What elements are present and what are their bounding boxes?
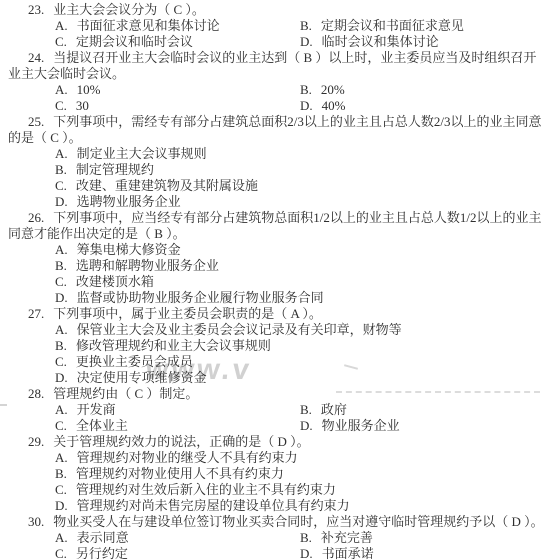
option-text: 10% [77, 82, 101, 97]
option-label: B. [300, 82, 312, 97]
option-d: D.决定使用专项维修资金 [55, 370, 207, 386]
options-row: B.制定管理规约 [8, 162, 544, 178]
question-text: 下列事项中，应当经专有部分占建筑物总面积1/2以上的业主且占总人数1/2以上的业… [8, 210, 541, 241]
option-c: C.管理规约对生效后新入住的业主不具有约束力 [55, 482, 336, 498]
option-d: D.物业服务企业 [300, 418, 400, 434]
option-d: D.选聘物业服务企业 [55, 194, 181, 210]
option-label: D. [55, 370, 68, 385]
options-row: A.书面征求意见和集体讨论 B.定期会议和书面征求意见 [8, 18, 544, 34]
question-29: 29.关于管理规约效力的说法，正确的是（ D ）。 A.管理规约对物业的继受人不… [8, 434, 544, 514]
option-text: 更换业主委员会成员 [76, 354, 193, 369]
option-d: D.40% [300, 98, 345, 114]
question-27: 27.下列事项中，属于业主委员会职责的是（ A ）。 A.保管业主大会及业主委员… [8, 306, 544, 386]
question-stem: 27.下列事项中，属于业主委员会职责的是（ A ）。 [8, 306, 544, 322]
option-label: B. [300, 18, 312, 33]
option-label: D. [300, 418, 313, 433]
option-text: 监督或协助物业服务企业履行物业服务合同 [77, 290, 324, 305]
option-label: D. [300, 546, 313, 560]
options-row: A.管理规约对物业的继受人不具有约束力 [8, 450, 544, 466]
option-label: D. [55, 194, 68, 209]
option-label: A. [55, 146, 68, 161]
option-text: 选聘和解聘物业服务企业 [76, 258, 219, 273]
question-23: 23.业主大会会议分为（ C ）。 A.书面征求意见和集体讨论 B.定期会议和书… [8, 2, 544, 50]
option-d: D.管理规约对尚未售完房屋的建设单位具有约束力 [55, 498, 350, 514]
options-row: B.选聘和解聘物业服务企业 [8, 258, 544, 274]
options-row: D.选聘物业服务企业 [8, 194, 544, 210]
option-text: 40% [322, 98, 346, 113]
option-label: C. [55, 354, 67, 369]
option-label: A. [55, 402, 68, 417]
option-text: 改建楼顶水箱 [76, 274, 154, 289]
question-28: 28.管理规约由（ C ）制定。 A.开发商 B.政府 C.全体业主 D.物业服… [8, 386, 544, 434]
option-label: B. [55, 258, 67, 273]
options-row: C.全体业主 D.物业服务企业 [8, 418, 544, 434]
option-c: C.定期会议和临时会议 [55, 34, 300, 50]
question-text: 下列事项中，需经专有部分占建筑总面积2/3以上的业主且占总人数2/3以上的业主同… [8, 114, 541, 145]
option-d: D.临时会议和集体讨论 [300, 34, 439, 50]
option-label: B. [300, 530, 312, 545]
options-row: A.10% B.20% [8, 82, 544, 98]
question-number: 24. [28, 50, 44, 65]
option-c: C.30 [55, 98, 300, 114]
option-text: 决定使用专项维修资金 [77, 370, 207, 385]
question-stem: 25.下列事项中，需经专有部分占建筑总面积2/3以上的业主且占总人数2/3以上的… [8, 114, 544, 146]
option-text: 修改管理规约和业主大会议事规则 [76, 338, 271, 353]
option-text: 选聘物业服务企业 [77, 194, 181, 209]
option-text: 改建、重建建筑物及其附属设施 [76, 178, 258, 193]
option-a: A.筹集电梯大修资金 [55, 242, 181, 258]
option-c: C.全体业主 [55, 418, 300, 434]
option-label: A. [55, 530, 68, 545]
option-label: B. [55, 162, 67, 177]
option-label: B. [55, 466, 67, 481]
option-label: A. [55, 242, 68, 257]
question-stem: 29.关于管理规约效力的说法，正确的是（ D ）。 [8, 434, 544, 450]
option-b: B.管理规约对物业使用人不具有约束力 [55, 466, 284, 482]
option-a: A.书面征求意见和集体讨论 [55, 18, 300, 34]
question-text: 管理规约由（ C ）制定。 [53, 386, 198, 401]
question-number: 23. [28, 2, 44, 17]
question-number: 27. [28, 306, 44, 321]
option-c: C.改建楼顶水箱 [55, 274, 154, 290]
options-row: C.改建、重建建筑物及其附属设施 [8, 178, 544, 194]
question-stem: 26.下列事项中，应当经专有部分占建筑物总面积1/2以上的业主且占总人数1/2以… [8, 210, 544, 242]
options-row: A.保管业主大会及业主委员会会议记录及有关印章，财物等 [8, 322, 544, 338]
option-c: C.改建、重建建筑物及其附属设施 [55, 178, 258, 194]
option-b: B.20% [300, 82, 345, 98]
question-text: 当提议召开业主大会临时会议的业主达到（ B ）以上时，业主委员应当及时组织召开业… [8, 50, 536, 81]
question-number: 26. [28, 210, 44, 225]
option-text: 开发商 [77, 402, 116, 417]
option-text: 表示同意 [77, 530, 129, 545]
option-label: C. [55, 98, 67, 113]
options-row: A.制定业主大会议事规则 [8, 146, 544, 162]
question-number: 25. [28, 114, 44, 129]
question-26: 26.下列事项中，应当经专有部分占建筑物总面积1/2以上的业主且占总人数1/2以… [8, 210, 544, 306]
question-25: 25.下列事项中，需经专有部分占建筑总面积2/3以上的业主且占总人数2/3以上的… [8, 114, 544, 210]
question-stem: 24.当提议召开业主大会临时会议的业主达到（ B ）以上时，业主委员应当及时组织… [8, 50, 544, 82]
option-text: 管理规约对物业使用人不具有约束力 [76, 466, 284, 481]
option-a: A.开发商 [55, 402, 300, 418]
option-text: 全体业主 [76, 418, 128, 433]
options-row: C.另行约定 D.书面承诺 [8, 546, 544, 560]
option-label: C. [55, 482, 67, 497]
option-label: B. [55, 338, 67, 353]
option-label: D. [300, 34, 313, 49]
option-d: D.书面承诺 [300, 546, 374, 560]
option-label: C. [55, 34, 67, 49]
option-text: 管理规约对物业的继受人不具有约束力 [77, 450, 298, 465]
question-stem: 30.物业买受人在与建设单位签订物业买卖合同时，应当对遵守临时管理规约予以（ D… [8, 514, 544, 530]
question-text: 业主大会会议分为（ C ）。 [53, 2, 205, 17]
option-b: B.定期会议和书面征求意见 [300, 18, 464, 34]
option-label: A. [55, 322, 68, 337]
option-a: A.制定业主大会议事规则 [55, 146, 207, 162]
option-label: C. [55, 418, 67, 433]
option-label: B. [300, 402, 312, 417]
option-label: A. [55, 82, 68, 97]
question-stem: 28.管理规约由（ C ）制定。 [8, 386, 544, 402]
options-row: C.定期会议和临时会议 D.临时会议和集体讨论 [8, 34, 544, 50]
options-row: D.管理规约对尚未售完房屋的建设单位具有约束力 [8, 498, 544, 514]
option-a: A.管理规约对物业的继受人不具有约束力 [55, 450, 298, 466]
option-text: 定期会议和书面征求意见 [321, 18, 464, 33]
option-text: 书面征求意见和集体讨论 [77, 18, 220, 33]
option-text: 保管业主大会及业主委员会会议记录及有关印章，财物等 [77, 322, 402, 337]
options-row: A.开发商 B.政府 [8, 402, 544, 418]
exam-page: 23.业主大会会议分为（ C ）。 A.书面征求意见和集体讨论 B.定期会议和书… [0, 0, 550, 560]
options-row: C.改建楼顶水箱 [8, 274, 544, 290]
option-text: 政府 [321, 402, 347, 417]
options-row: D.决定使用专项维修资金 [8, 370, 544, 386]
option-b: B.政府 [300, 402, 347, 418]
option-text: 管理规约对尚未售完房屋的建设单位具有约束力 [77, 498, 350, 513]
option-b: B.补充完善 [300, 530, 373, 546]
option-a: A.保管业主大会及业主委员会会议记录及有关印章，财物等 [55, 322, 402, 338]
option-label: D. [55, 290, 68, 305]
option-c: C.另行约定 [55, 546, 300, 560]
question-text: 下列事项中，属于业主委员会职责的是（ A ）。 [53, 306, 322, 321]
option-label: C. [55, 546, 67, 560]
question-text: 关于管理规约效力的说法，正确的是（ D ）。 [53, 434, 309, 449]
options-row: C.更换业主委员会成员 [8, 354, 544, 370]
option-text: 书面承诺 [322, 546, 374, 560]
option-text: 30 [76, 98, 89, 113]
question-30: 30.物业买受人在与建设单位签订物业买卖合同时，应当对遵守临时管理规约予以（ D… [8, 514, 544, 560]
option-text: 物业服务企业 [322, 418, 400, 433]
option-label: A. [55, 18, 68, 33]
option-text: 筹集电梯大修资金 [77, 242, 181, 257]
question-24: 24.当提议召开业主大会临时会议的业主达到（ B ）以上时，业主委员应当及时组织… [8, 50, 544, 114]
option-label: C. [55, 274, 67, 289]
options-row: A.表示同意 B.补充完善 [8, 530, 544, 546]
option-text: 另行约定 [76, 546, 128, 560]
option-b: B.选聘和解聘物业服务企业 [55, 258, 219, 274]
option-a: A.10% [55, 82, 300, 98]
option-text: 制定业主大会议事规则 [77, 146, 207, 161]
option-label: A. [55, 450, 68, 465]
option-text: 制定管理规约 [76, 162, 154, 177]
question-number: 29. [28, 434, 44, 449]
question-text: 物业买受人在与建设单位签订物业买卖合同时，应当对遵守临时管理规约予以（ D ）。 [53, 514, 543, 529]
option-text: 定期会议和临时会议 [76, 34, 193, 49]
option-text: 20% [321, 82, 345, 97]
option-text: 临时会议和集体讨论 [322, 34, 439, 49]
option-b: B.修改管理规约和业主大会议事规则 [55, 338, 271, 354]
question-stem: 23.业主大会会议分为（ C ）。 [8, 2, 544, 18]
option-label: D. [300, 98, 313, 113]
option-text: 补充完善 [321, 530, 373, 545]
option-c: C.更换业主委员会成员 [55, 354, 193, 370]
option-b: B.制定管理规约 [55, 162, 154, 178]
question-number: 28. [28, 386, 44, 401]
options-row: A.筹集电梯大修资金 [8, 242, 544, 258]
option-label: D. [55, 498, 68, 513]
options-row: C.管理规约对生效后新入住的业主不具有约束力 [8, 482, 544, 498]
options-row: B.修改管理规约和业主大会议事规则 [8, 338, 544, 354]
option-d: D.监督或协助物业服务企业履行物业服务合同 [55, 290, 324, 306]
option-a: A.表示同意 [55, 530, 300, 546]
options-row: D.监督或协助物业服务企业履行物业服务合同 [8, 290, 544, 306]
option-label: C. [55, 178, 67, 193]
options-row: C.30 D.40% [8, 98, 544, 114]
options-row: B.管理规约对物业使用人不具有约束力 [8, 466, 544, 482]
question-number: 30. [28, 514, 44, 529]
option-text: 管理规约对生效后新入住的业主不具有约束力 [76, 482, 336, 497]
